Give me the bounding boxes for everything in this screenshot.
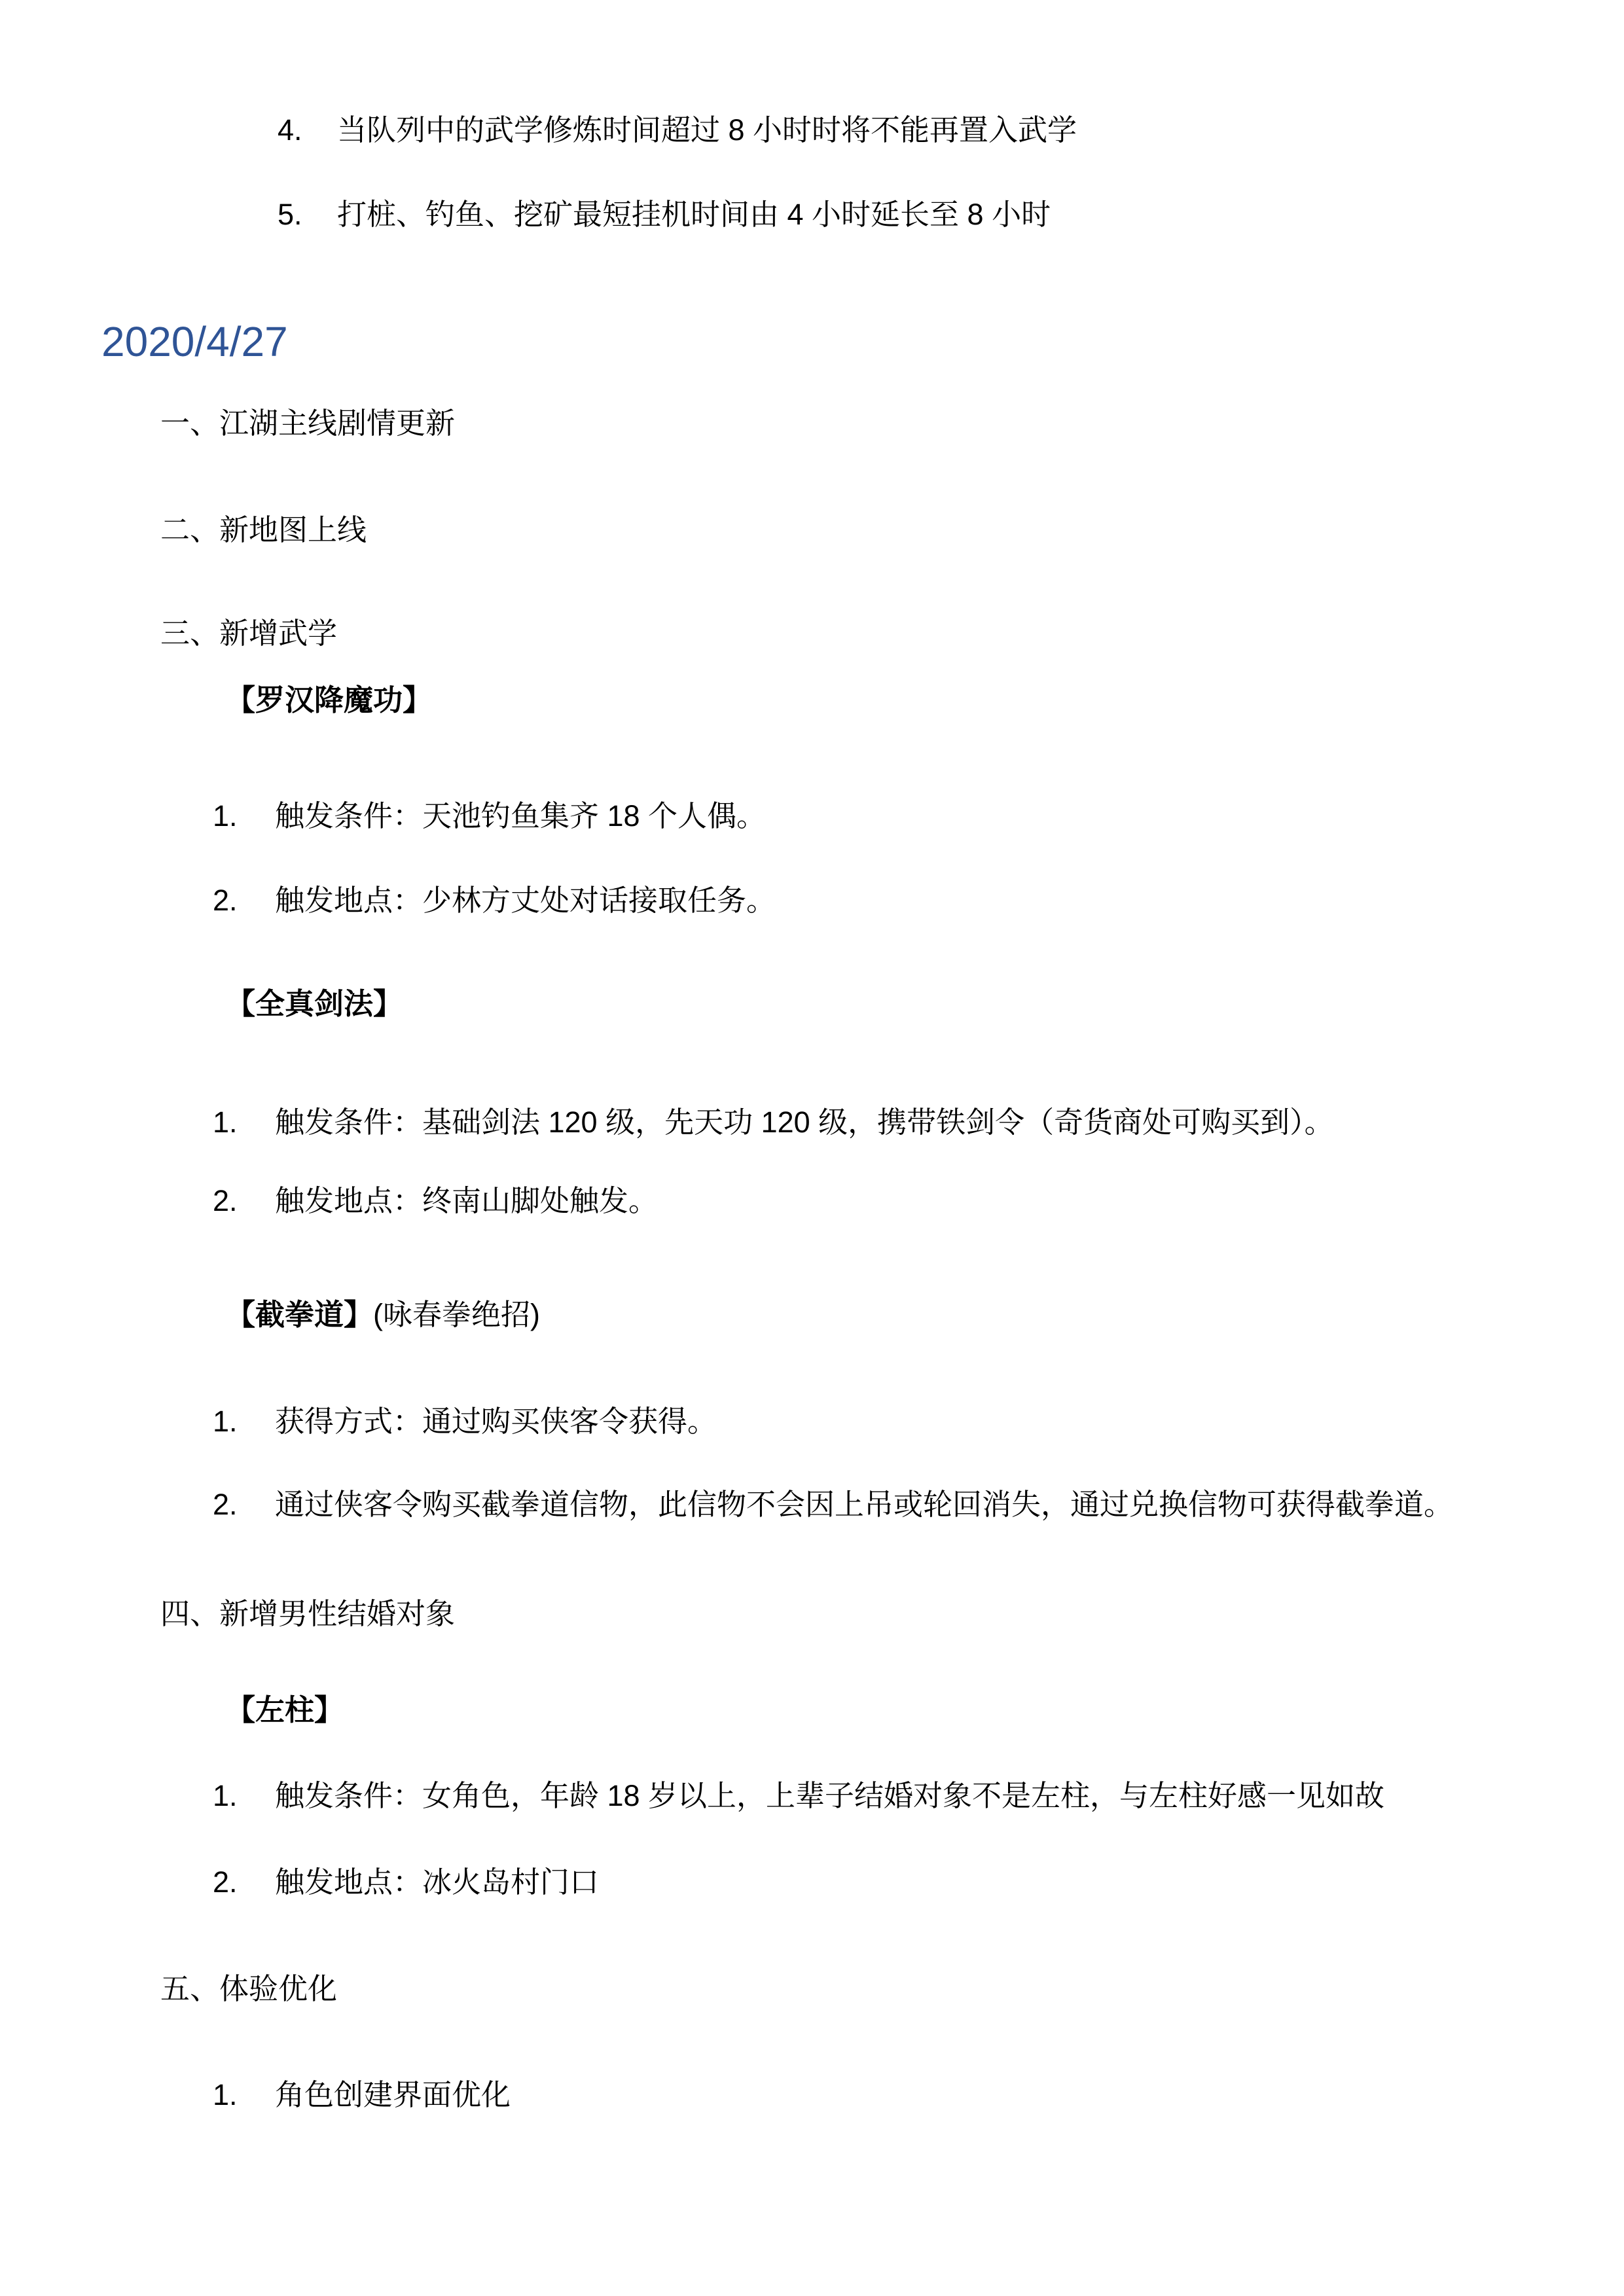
document-page: 4. 当队列中的武学修炼时间超过 8 小时时将不能再置入武学 5. 打桩、钓鱼、… [0,0,1624,2296]
skill-header: 【截拳道】(咏春拳绝招) [226,1296,1624,1334]
list-item: 2. 触发地点：冰火岛村门口 [213,1863,1624,1901]
skill-suffix: (咏春拳绝招) [373,1298,540,1331]
list-item-number: 2. [213,1486,275,1524]
list-item-text: 获得方式：通过购买侠客令获得。 [275,1403,1624,1441]
skill-header: 【左柱】 [226,1691,1624,1729]
skill-name: 【左柱】 [226,1693,344,1727]
skill-name: 【截拳道】 [226,1298,373,1331]
list-item-text: 触发地点：终南山脚处触发。 [275,1182,1624,1220]
list-item-text: 触发条件：基础剑法 120 级，先天功 120 级，携带铁剑令（奇货商处可购买到… [275,1103,1624,1141]
list-item: 4. 当队列中的武学修炼时间超过 8 小时时将不能再置入武学 [278,111,1624,149]
list-item-text: 触发地点：冰火岛村门口 [275,1863,1624,1901]
list-item-text: 通过侠客令购买截拳道信物，此信物不会因上吊或轮回消失，通过兑换信物可获得截拳道。 [275,1486,1624,1524]
list-item-number: 1. [213,2076,275,2114]
list-item-number: 1. [213,797,275,835]
list-item-text: 触发地点：少林方丈处对话接取任务。 [275,882,1624,920]
list-item: 1. 触发条件：基础剑法 120 级，先天功 120 级，携带铁剑令（奇货商处可… [213,1103,1624,1141]
skill-header: 【全真剑法】 [226,985,1624,1023]
list-item-text: 打桩、钓鱼、挖矿最短挂机时间由 4 小时延长至 8 小时 [337,196,1624,234]
list-item: 5. 打桩、钓鱼、挖矿最短挂机时间由 4 小时延长至 8 小时 [278,196,1624,234]
list-item-text: 角色创建界面优化 [275,2076,1624,2114]
list-item-number: 4. [278,111,337,149]
list-item-number: 1. [213,1403,275,1441]
list-item-text: 当队列中的武学修炼时间超过 8 小时时将不能再置入武学 [337,111,1624,149]
list-item: 1. 角色创建界面优化 [213,2076,1624,2114]
list-item-number: 1. [213,1777,275,1815]
section-heading: 四、新增男性结婚对象 [160,1595,1624,1633]
list-item-number: 5. [278,196,337,234]
date-heading: 2020/4/27 [101,314,1624,369]
section-heading: 五、体验优化 [160,1970,1624,2008]
section-heading: 一、江湖主线剧情更新 [160,404,1624,442]
skill-name: 【全真剑法】 [226,987,403,1020]
skill-name: 【罗汉降魔功】 [226,683,432,717]
list-item-number: 2. [213,1182,275,1220]
skill-header: 【罗汉降魔功】 [226,681,1624,719]
list-item: 2. 触发地点：少林方丈处对话接取任务。 [213,882,1624,920]
list-item-text: 触发条件：女角色，年龄 18 岁以上，上辈子结婚对象不是左柱，与左柱好感一见如故 [275,1777,1624,1815]
list-item: 1. 获得方式：通过购买侠客令获得。 [213,1403,1624,1441]
section-heading: 二、新地图上线 [160,511,1624,549]
list-item-text: 触发条件：天池钓鱼集齐 18 个人偶。 [275,797,1624,835]
list-item-number: 2. [213,1863,275,1901]
section-heading: 三、新增武学 [160,615,1624,653]
list-item: 2. 触发地点：终南山脚处触发。 [213,1182,1624,1220]
list-item-number: 1. [213,1103,275,1141]
list-item: 1. 触发条件：天池钓鱼集齐 18 个人偶。 [213,797,1624,835]
list-item: 1. 触发条件：女角色，年龄 18 岁以上，上辈子结婚对象不是左柱，与左柱好感一… [213,1777,1624,1815]
list-item-number: 2. [213,882,275,920]
list-item: 2. 通过侠客令购买截拳道信物，此信物不会因上吊或轮回消失，通过兑换信物可获得截… [213,1486,1624,1524]
